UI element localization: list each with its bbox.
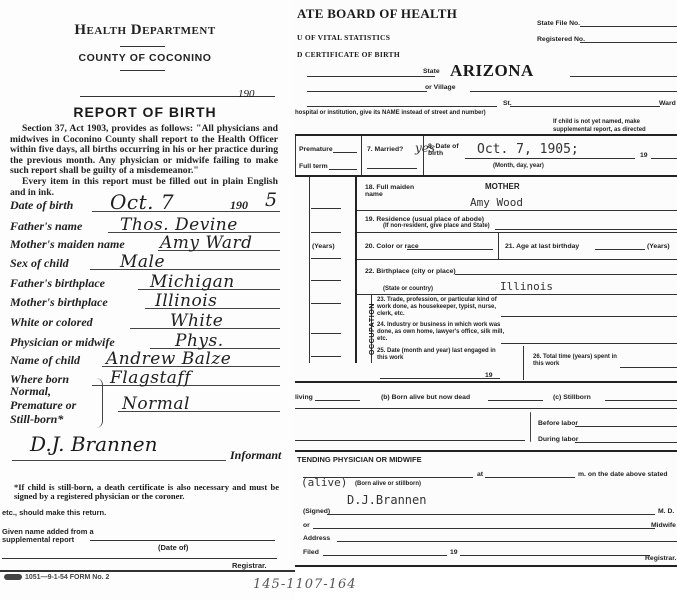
state-file-field[interactable] xyxy=(580,26,677,27)
full-term-field[interactable] xyxy=(329,169,357,170)
registrar-label-state: Registrar. xyxy=(645,555,676,562)
alive-hint: (Born alive or stillborn) xyxy=(355,481,421,487)
f23-field[interactable] xyxy=(501,316,677,317)
county-title: COUNTY OF COCONINO xyxy=(0,52,290,64)
informant-signature: D.J. Brannen xyxy=(30,432,158,456)
archive-number: 145-1107-164 xyxy=(253,577,357,592)
at-label: at xyxy=(477,471,483,478)
during-labor-label: During labor xyxy=(538,436,578,443)
signature-field[interactable] xyxy=(327,514,655,515)
divider xyxy=(120,70,165,71)
state-certificate: ATE BOARD OF HEALTH U OF VITAL STATISTIC… xyxy=(295,0,677,568)
unnamed-note-2: supplemental report, as directed xyxy=(553,127,646,133)
stillborn-footnote: *If child is still-born, a death certifi… xyxy=(14,483,279,501)
alive-value: (alive) xyxy=(301,476,347,489)
on-date-label: m. on the date above stated xyxy=(578,471,668,478)
state-file-label: State File No. xyxy=(537,20,580,27)
given-name-label: Given name added from a supplemental rep… xyxy=(2,528,112,544)
f26-field[interactable] xyxy=(620,367,677,368)
f21-field[interactable] xyxy=(595,249,645,250)
f21-years-label: (Years) xyxy=(647,243,670,250)
report-title: REPORT OF BIRTH xyxy=(0,104,290,120)
f18-field[interactable] xyxy=(357,210,677,211)
labor-brace xyxy=(530,412,531,442)
state-value: ARIZONA xyxy=(450,61,534,81)
f24-field[interactable] xyxy=(501,343,677,344)
f22-label: 22. Birthplace (city or place) xyxy=(365,268,456,275)
date-of-birth-value: Oct. 7, 1905; xyxy=(477,142,579,157)
hospital-note: hospital or institution, give its NAME i… xyxy=(295,110,486,116)
premature-label: Premature xyxy=(299,146,333,153)
f19-label: 19. Residence (usual place of abode) xyxy=(365,216,484,223)
f22-city-field[interactable] xyxy=(455,274,677,275)
f25-field[interactable] xyxy=(380,378,500,379)
date-of-label: (Date of) xyxy=(158,543,188,552)
f25-label: 25. Date (month and year) last engaged i… xyxy=(377,348,507,362)
field-date-of-birth[interactable]: Date of birth Oct. 7 190 5 xyxy=(10,196,280,214)
report-date-year: 190 xyxy=(238,88,255,100)
occupation-label: OCCUPATION xyxy=(369,303,376,355)
unnamed-note-1: If child is not yet named, make xyxy=(553,119,640,125)
department-title: Health Department xyxy=(0,22,290,39)
informant-label: Informant xyxy=(230,448,281,463)
form-number: 1051—9-1-54 FORM No. 2 xyxy=(4,574,109,581)
filed-label: Filed xyxy=(303,549,319,556)
physician-typed-name: D.J.Brannen xyxy=(347,493,426,507)
full-term-label: Full term xyxy=(299,163,328,170)
md-label: M. D. xyxy=(658,508,674,515)
condition-brace xyxy=(96,378,103,428)
board-title: ATE BOARD OF HEALTH xyxy=(297,6,457,22)
f22-state-label: (State or country) xyxy=(383,286,433,292)
field-white-or-colored[interactable]: White or colored White xyxy=(10,313,280,331)
field-sex-of-child[interactable]: Sex of child Male xyxy=(10,254,280,272)
ward-label: Ward xyxy=(659,100,676,107)
f23-label: 23. Trade, profession, or particular kin… xyxy=(377,297,512,318)
registered-label: Registered No. xyxy=(537,36,585,43)
address-field[interactable] xyxy=(337,541,677,542)
condition-label-stillborn: Still-born* xyxy=(10,414,280,428)
filed-field[interactable] xyxy=(323,555,447,556)
f22-value: Illinois xyxy=(500,280,553,293)
certificate-title: D CERTIFICATE OF BIRTH xyxy=(297,50,400,59)
f18-value: Amy Wood xyxy=(470,196,523,209)
f20-field[interactable] xyxy=(407,249,493,250)
margin-years-label: (Years) xyxy=(312,243,335,250)
registered-field[interactable] xyxy=(580,42,677,43)
f19-field[interactable] xyxy=(495,229,677,230)
divider xyxy=(120,46,165,47)
premature-field[interactable] xyxy=(333,152,357,153)
date-hint: (Month, day, year) xyxy=(493,163,544,169)
county-report-card: Health Department COUNTY OF COCONINO 190… xyxy=(0,0,295,600)
living-label: living xyxy=(295,394,313,401)
field-name-of-child[interactable]: Name of child Andrew Balze xyxy=(10,351,280,369)
physician-section-title: TENDING PHYSICIAN OR MIDWIFE xyxy=(297,455,422,464)
born-alive-label: (b) Born alive but now dead xyxy=(381,394,470,401)
living-field[interactable] xyxy=(315,400,360,401)
registrar-label: Registrar. xyxy=(232,561,267,570)
address-label: Address xyxy=(303,535,330,542)
field-fathers-birthplace[interactable]: Father's birthplace Michigan xyxy=(10,274,280,292)
midwife-label: Midwife xyxy=(651,522,676,529)
statute-paragraph: Section 37, Act 1903, provides as follow… xyxy=(10,124,278,198)
f18-label: 18. Full maiden name xyxy=(365,184,425,198)
should-make-return-text: etc., should make this return. xyxy=(2,508,106,517)
or-label: or xyxy=(303,522,310,529)
street-field[interactable] xyxy=(510,106,660,107)
mother-section-title: MOTHER xyxy=(485,182,520,191)
time-field[interactable] xyxy=(485,477,575,478)
f26-label: 26. Total time (years) spent in this wor… xyxy=(533,354,628,368)
before-labor-label: Before labor xyxy=(538,420,578,427)
field-mothers-birthplace[interactable]: Mother's birthplace Illinois xyxy=(10,293,280,311)
filed-suffix: 19 xyxy=(450,549,458,556)
bureau-title: U OF VITAL STATISTICS xyxy=(297,33,390,42)
field-mothers-maiden-name[interactable]: Mother's maiden name Amy Ward xyxy=(10,235,280,253)
born-alive-field[interactable] xyxy=(488,400,543,401)
stillborn-label: (c) Stillborn xyxy=(553,394,591,401)
village-field[interactable] xyxy=(470,91,677,92)
f19-hint: (If non-resident, give place and State) xyxy=(383,223,490,229)
stillborn-field[interactable] xyxy=(605,400,677,401)
date-of-birth-label: 8. Date of birth xyxy=(428,143,466,157)
before-labor-field[interactable] xyxy=(575,426,677,427)
f21-label: 21. Age at last birthday xyxy=(505,243,579,250)
informant-line xyxy=(12,460,226,461)
date-of-birth-field[interactable] xyxy=(465,158,635,159)
married-label: 7. Married? xyxy=(367,146,403,153)
date-suffix-19: 19 xyxy=(640,152,648,159)
village-label: or Village xyxy=(425,84,455,91)
f24-label: 24. Industry or business in which work w… xyxy=(377,322,512,343)
state-label: State xyxy=(423,68,440,75)
printer-logo-icon xyxy=(4,574,22,580)
during-labor-field[interactable] xyxy=(575,442,677,443)
